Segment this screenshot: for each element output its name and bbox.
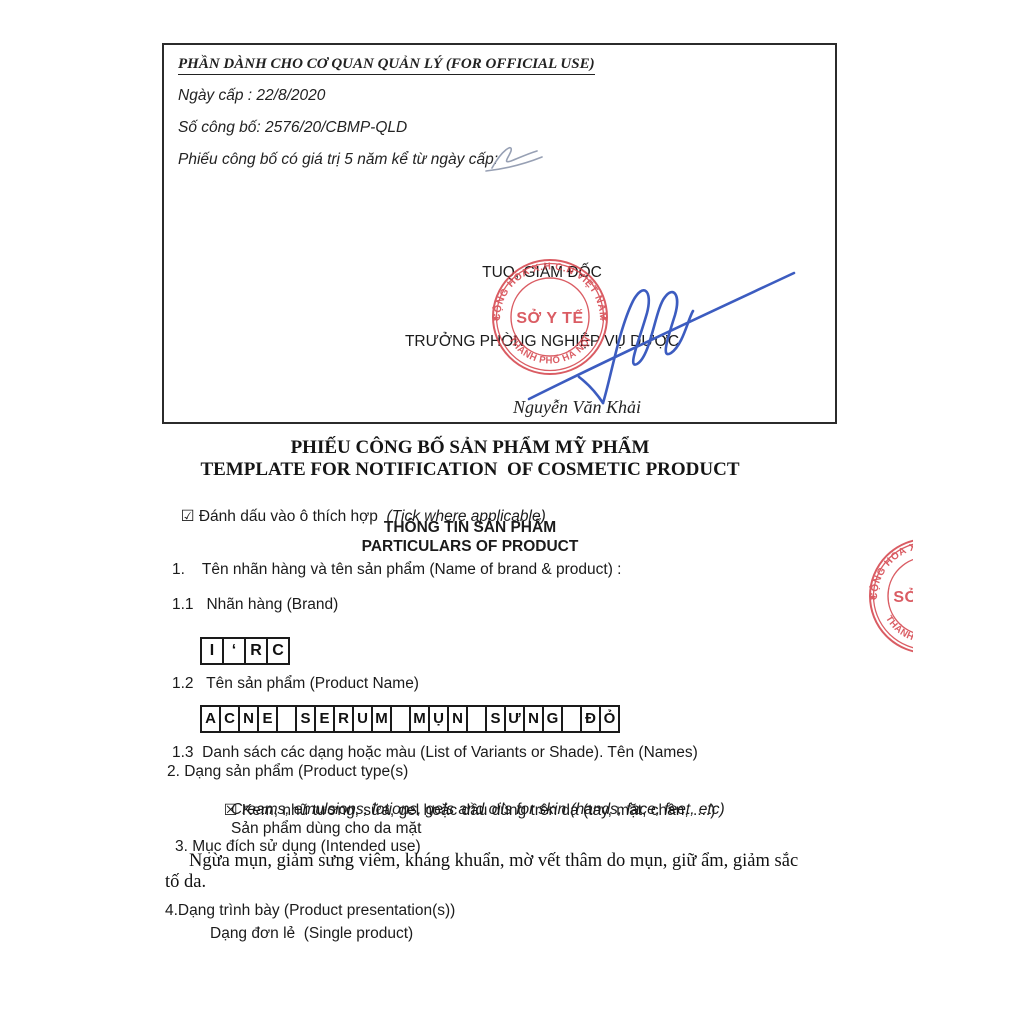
item-2-option-en: Creams, emulsions, lotions, gels and oil…	[231, 801, 725, 819]
validity-line: Phiếu công bố có giá trị 5 năm kể từ ngà…	[178, 151, 498, 169]
brand-letter-cell: C	[266, 637, 290, 665]
product-letter-cell: N	[523, 705, 544, 733]
signer-name: Nguyễn Văn Khải	[377, 397, 777, 418]
product-letter-cell: R	[333, 705, 354, 733]
brand-letter-cell: R	[244, 637, 268, 665]
product-letter-cell: M	[409, 705, 430, 733]
product-letter-cell: N	[447, 705, 468, 733]
director-signature	[507, 257, 807, 407]
product-letter-cell: E	[257, 705, 278, 733]
product-letter-cell: Đ	[580, 705, 601, 733]
item-1-1-label: 1.1 Nhãn hàng (Brand)	[172, 596, 338, 614]
section-header-vi: THÔNG TIN SẢN PHẨM	[0, 519, 940, 537]
product-letter-cell	[276, 705, 297, 733]
product-letter-cell	[561, 705, 582, 733]
item-3-text-line2: tố da.	[165, 872, 206, 893]
product-letter-cell: N	[238, 705, 259, 733]
issue-date-line: Ngày cấp : 22/8/2020	[178, 87, 325, 105]
item-4-text: Dạng đơn lẻ (Single product)	[210, 925, 413, 943]
product-letter-cell: Ụ	[428, 705, 449, 733]
product-letter-cell: Ư	[504, 705, 525, 733]
brand-letter-cell: I	[200, 637, 224, 665]
official-use-box: PHẦN DÀNH CHO CƠ QUAN QUẢN LÝ (FOR OFFIC…	[162, 43, 837, 424]
notification-number-line: Số công bố: 2576/20/CBMP-QLD	[178, 119, 407, 137]
item-2-label: 2. Dạng sản phẩm (Product type(s)	[167, 763, 408, 781]
stamp-star-left-icon: ★	[492, 313, 500, 323]
cosmetic-notification-document: { "official_box": { "header": "PHẦN DÀNH…	[0, 0, 1024, 1024]
handwritten-initials-scribble	[482, 138, 550, 180]
product-letter-cell: C	[219, 705, 240, 733]
document-title-en: TEMPLATE FOR NOTIFICATION OF COSMETIC PR…	[0, 459, 940, 481]
product-letter-cell: G	[542, 705, 563, 733]
product-letter-cell: Ỏ	[599, 705, 620, 733]
product-letter-cell: U	[352, 705, 373, 733]
product-name-letterboxes: A C N E S E R U M M Ụ N S Ư N G Đ Ỏ	[200, 705, 620, 733]
product-letter-cell: M	[371, 705, 392, 733]
product-letter-cell: A	[200, 705, 221, 733]
brand-name-letterboxes: I ‘ R C	[200, 637, 290, 665]
product-letter-cell: S	[295, 705, 316, 733]
official-use-header: PHẦN DÀNH CHO CƠ QUAN QUẢN LÝ (FOR OFFIC…	[178, 56, 595, 75]
section-header-en: PARTICULARS OF PRODUCT	[0, 538, 940, 556]
item-3-text-line1: Ngừa mụn, giảm sưng viêm, kháng khuẩn, m…	[189, 851, 798, 872]
product-letter-cell: S	[485, 705, 506, 733]
item-1-3-label: 1.3 Danh sách các dạng hoặc màu (List of…	[172, 744, 698, 762]
product-letter-cell	[390, 705, 411, 733]
document-title-vi: PHIẾU CÔNG BỐ SẢN PHẨM MỸ PHẨM	[0, 437, 940, 459]
item-2-note: Sản phẩm dùng cho da mặt	[231, 820, 421, 838]
brand-letter-cell: ‘	[222, 637, 246, 665]
item-1-label: 1. Tên nhãn hàng và tên sản phẩm (Name o…	[172, 561, 622, 579]
stamp-star-left-icon: ★	[869, 592, 877, 602]
stamp-center-text: SỞ Y TẾ	[893, 587, 913, 606]
product-letter-cell: E	[314, 705, 335, 733]
item-1-2-label: 1.2 Tên sản phẩm (Product Name)	[172, 675, 419, 693]
product-letter-cell	[466, 705, 487, 733]
item-4-label: 4.Dạng trình bày (Product presentation(s…	[165, 902, 455, 920]
